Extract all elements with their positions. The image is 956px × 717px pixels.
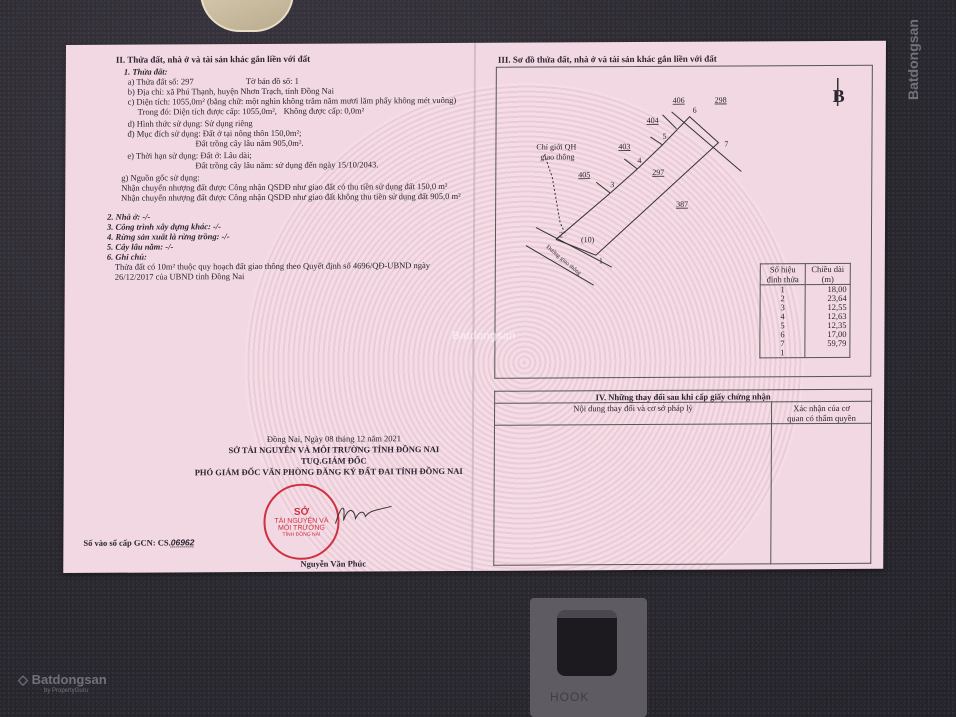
svg-text:Chỉ giới QH: Chỉ giới QH — [536, 142, 576, 151]
signer-role: PHÓ GIÁM ĐỐC VĂN PHÒNG ĐĂNG KÝ ĐẤT ĐAI T… — [144, 466, 514, 479]
land-certificate-page: II. Thửa đất, nhà ở và tài sản khác gắn … — [63, 41, 886, 573]
svg-text:404: 404 — [647, 116, 659, 125]
watermark-center: Batdongsan — [452, 330, 516, 342]
svg-text:4: 4 — [637, 156, 641, 165]
section2-title: II. Thửa đất, nhà ở và tài sản khác gắn … — [116, 54, 310, 66]
seat-hook-clip: HOOK — [530, 598, 647, 717]
use-term-2: Đất trồng cây lâu năm: sử dụng đến ngày … — [195, 159, 378, 171]
svg-text:403: 403 — [618, 142, 630, 151]
authority-confirmation-header: Xác nhận của cơquan có thẩm quyền — [771, 401, 871, 424]
svg-text:3: 3 — [610, 180, 614, 189]
page-fold — [471, 43, 476, 571]
clip-label: HOOK — [550, 690, 589, 704]
signature-scribble — [333, 498, 393, 528]
cert-number-label: Số vào sổ cấp GCN: CS.06962 — [83, 537, 194, 549]
origin-2: Nhận chuyển nhượng đất được Công nhận QS… — [121, 191, 461, 204]
svg-text:405: 405 — [578, 170, 590, 179]
use-purpose-2: Đất trồng cây lâu năm 905,0m². — [195, 138, 303, 150]
area-not-granted: Không được cấp: 0,0m² — [284, 105, 365, 116]
changes-content-header: Nội dung thay đổi và cơ sở pháp lý — [494, 402, 771, 425]
svg-text:giao thông: giao thông — [540, 152, 574, 161]
svg-text:5: 5 — [662, 132, 666, 141]
note-line-2: 26/12/2017 của UBND tỉnh Đồng Nai — [115, 271, 245, 283]
vertex-header: Số hiệu đỉnh thửa — [760, 264, 805, 285]
watermark-logo-icon: ◇ — [18, 672, 32, 687]
signer-name: Nguyễn Văn Phúc — [243, 558, 423, 570]
svg-text:Đường giao thông: Đường giao thông — [545, 244, 582, 277]
cert-number-value: 06962 — [171, 537, 195, 547]
svg-text:1: 1 — [599, 256, 603, 265]
svg-text:(10): (10) — [581, 235, 595, 244]
vertex-column: 12345671 — [760, 285, 805, 358]
length-header: Chiều dài (m) — [805, 263, 850, 284]
section3-title: III. Sơ đồ thửa đất, nhà ở và tài sản kh… — [498, 54, 717, 66]
svg-text:298: 298 — [715, 96, 727, 105]
area-granted: Trong đó: Diện tích được cấp: 1055,0m², — [138, 106, 277, 118]
official-red-stamp: SỞ TÀI NGUYÊN VÀ MÔI TRƯỜNG TỈNH ĐỒNG NA… — [263, 484, 339, 560]
north-arrow-icon: B — [833, 86, 845, 106]
length-column: 18,0023,6412,5512,6312,3517,0059,79 — [805, 284, 850, 357]
svg-text:6: 6 — [693, 106, 697, 115]
svg-text:2: 2 — [559, 230, 563, 239]
clip-slot — [557, 610, 617, 676]
authority-confirmation-cell — [771, 423, 872, 564]
vertex-length-table: Số hiệu đỉnh thửa Chiều dài (m) 12345671… — [759, 263, 850, 358]
svg-text:387: 387 — [676, 200, 688, 209]
svg-text:406: 406 — [673, 96, 685, 105]
svg-text:7: 7 — [724, 140, 728, 149]
changes-content-cell — [494, 424, 772, 565]
watermark-top-right: Batdongsan — [905, 19, 921, 100]
svg-text:297: 297 — [652, 168, 664, 177]
changes-table: IV. Những thay đổi sau khi cấp giấy chứn… — [493, 389, 872, 566]
watermark-bottom-left: ◇ Batdongsan by PropertyGuru — [18, 672, 107, 694]
